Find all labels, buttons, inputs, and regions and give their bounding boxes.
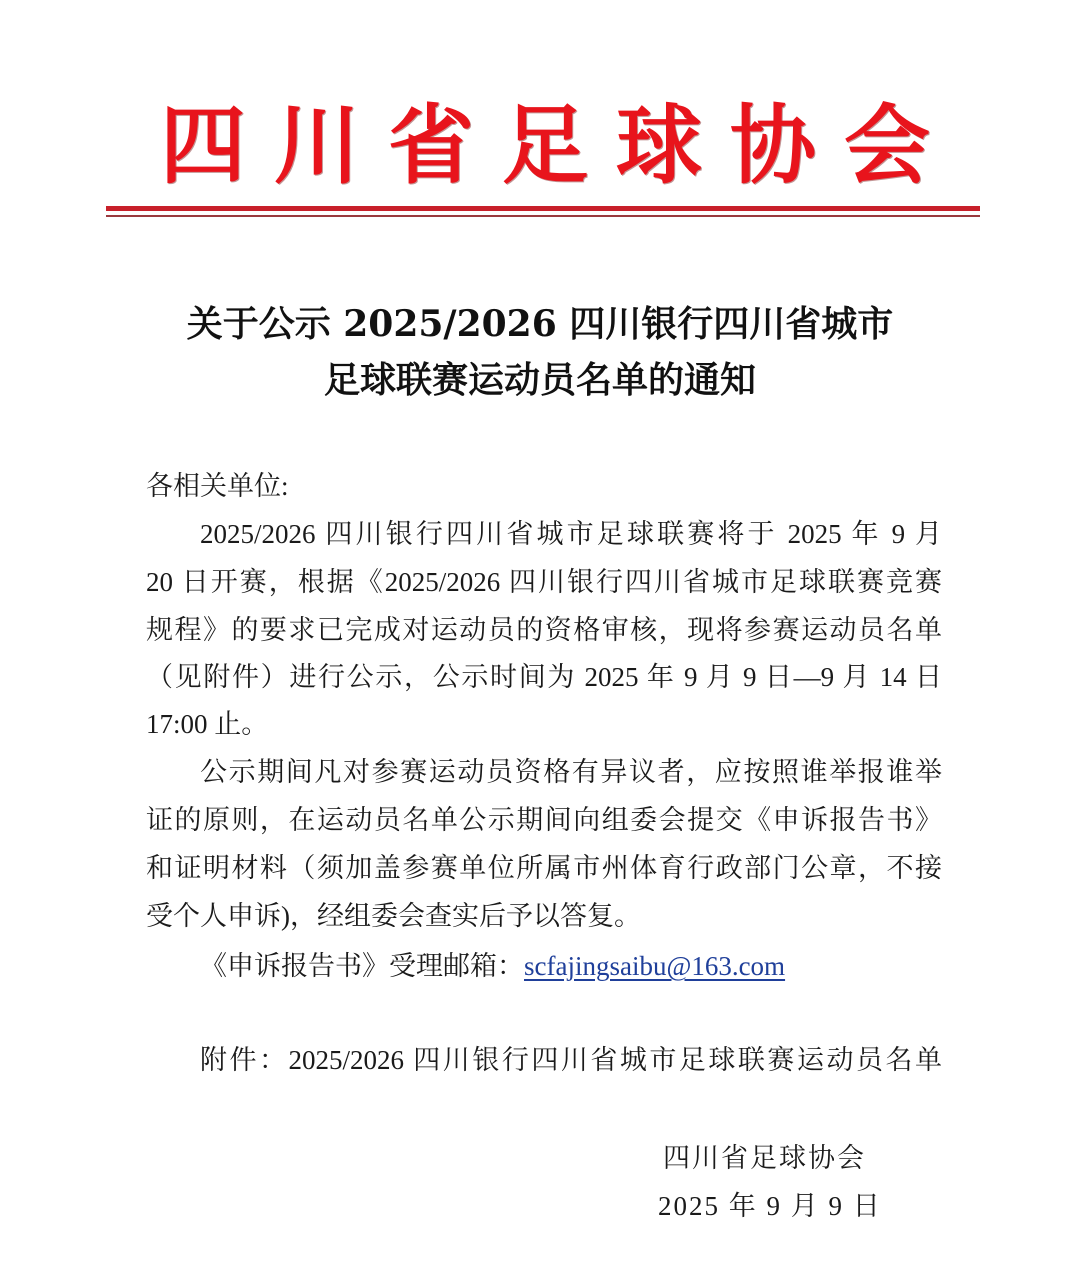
letterhead-char: 四 bbox=[160, 96, 246, 196]
letterhead-char: 协 bbox=[730, 96, 816, 196]
complaint-email-label: 《申诉报告书》受理邮箱： bbox=[200, 951, 524, 981]
letterhead-org-name: 四 川 省 足 球 协 会 bbox=[160, 96, 930, 196]
document-title-line-2: 足球联赛运动员名单的通知 bbox=[120, 352, 960, 403]
paragraph-1-line: 20 日开赛，根据《2025/2026 四川银行四川省城市足球联赛竞赛 bbox=[146, 562, 942, 602]
paragraph-2-line: 受个人申诉)，经组委会查实后予以答复。 bbox=[146, 896, 942, 936]
letterhead-char: 省 bbox=[388, 96, 474, 196]
attachment-line: 附件：2025/2026 四川银行四川省城市足球联赛运动员名单 bbox=[200, 1040, 942, 1080]
letterhead-char: 会 bbox=[844, 96, 930, 196]
letterhead-char: 球 bbox=[616, 96, 702, 196]
letterhead-rule-thin bbox=[106, 215, 980, 217]
paragraph-2-line: 公示期间凡对参赛运动员资格有异议者，应按照谁举报谁举 bbox=[200, 752, 942, 792]
paragraph-2-line: 和证明材料（须加盖参赛单位所属市州体育行政部门公章，不接 bbox=[146, 848, 942, 888]
letterhead-char: 足 bbox=[502, 96, 588, 196]
signature-organization: 四川省足球协会 bbox=[663, 1138, 866, 1178]
letterhead-rule-thick bbox=[106, 206, 980, 211]
paragraph-2-line: 证的原则，在运动员名单公示期间向组委会提交《申诉报告书》 bbox=[146, 800, 942, 840]
paragraph-1-line: （见附件）进行公示，公示时间为 2025 年 9 月 9 日—9 月 14 日 bbox=[146, 657, 942, 697]
signature-date: 2025 年 9 月 9 日 bbox=[658, 1186, 882, 1226]
salutation: 各相关单位: bbox=[146, 466, 942, 506]
paragraph-1-line: 2025/2026 四川银行四川省城市足球联赛将于 2025 年 9 月 bbox=[200, 514, 942, 554]
complaint-email-link[interactable]: scfajingsaibu@163.com bbox=[524, 951, 785, 981]
document-title-line-1: 关于公示 2025/2026 四川银行四川省城市 bbox=[120, 296, 960, 347]
letterhead-char: 川 bbox=[274, 96, 360, 196]
paragraph-1-line: 规程》的要求已完成对运动员的资格审核，现将参赛运动员名单 bbox=[146, 610, 942, 650]
complaint-email-line: 《申诉报告书》受理邮箱：scfajingsaibu@163.com bbox=[200, 946, 942, 986]
paragraph-1-line: 17:00 止。 bbox=[146, 704, 942, 744]
